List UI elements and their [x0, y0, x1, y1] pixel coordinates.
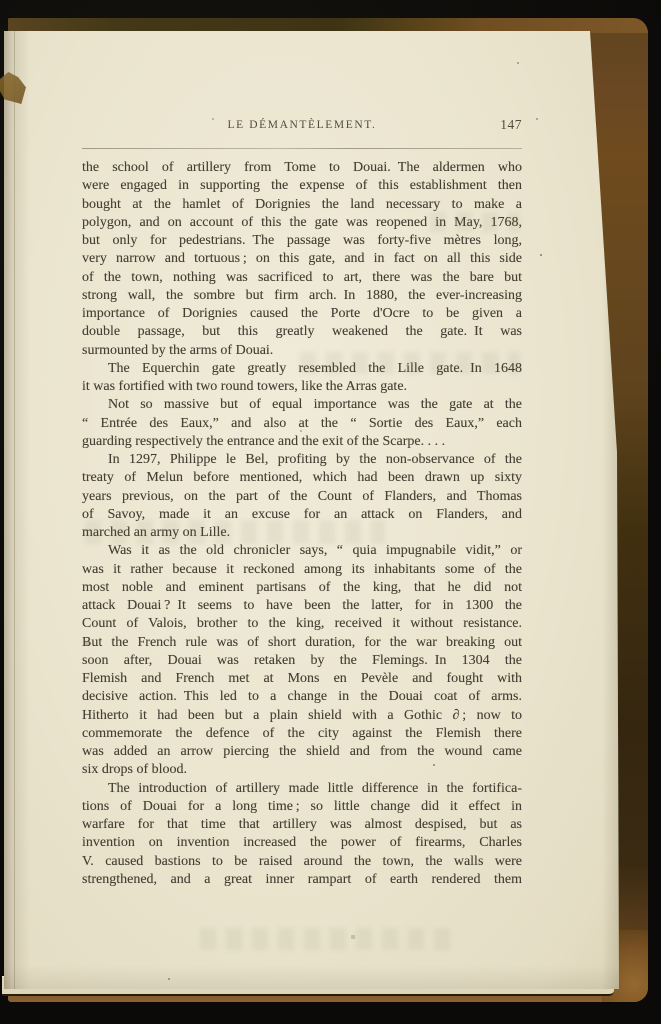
- text-line: But the French rule was of short duratio…: [82, 634, 522, 652]
- text-line: double passage, but this greatly weakene…: [82, 323, 522, 341]
- page-number: 147: [500, 117, 522, 133]
- text-line: strong wall, the sombre but firm arch. I…: [82, 287, 522, 305]
- text-line: of the town, nothing was sacrificed to a…: [82, 269, 522, 287]
- book-page: LE DÉMANTÈLEMENT. 147 the school of arti…: [4, 31, 620, 989]
- header-rule: [82, 148, 522, 149]
- dust-specks: [0, 0, 2, 2]
- text-line: strengthened, and a great inner rampart …: [82, 871, 522, 889]
- text-line: Was it as the old chronicler says, “ qui…: [82, 542, 522, 560]
- text-line: “ Entrée des Eaux,” and also at the “ So…: [82, 415, 522, 433]
- text-block: the school of artillery from Tome to Dou…: [82, 159, 522, 889]
- text-line: marched an army on Lille.: [82, 524, 522, 542]
- text-line: warfare for that time that artillery was…: [82, 816, 522, 834]
- text-line: were engaged in supporting the expense o…: [82, 177, 522, 195]
- text-line: importance of Dorignies caused the Porte…: [82, 305, 522, 323]
- page-header: LE DÉMANTÈLEMENT. 147: [82, 119, 522, 139]
- text-line: surmounted by the arms of Douai.: [82, 342, 522, 360]
- text-line: The introduction of artillery made littl…: [82, 780, 522, 798]
- text-line: was added an arrow piercing the shield a…: [82, 743, 522, 761]
- text-line: it was fortified with two round towers, …: [82, 378, 522, 396]
- text-line: of Savoy, made it an excuse for an attac…: [82, 506, 522, 524]
- text-line: years previous, on the part of the Count…: [82, 488, 522, 506]
- text-line: attack Douai ? It seems to have been the…: [82, 597, 522, 615]
- book-photo-background: { "page": { "header": { "title": "LE DÉM…: [0, 0, 661, 1024]
- gutter-crease: [14, 31, 15, 989]
- text-line: Hitherto it had been but a plain shield …: [82, 707, 522, 725]
- text-line: treaty of Melun before mentioned, which …: [82, 469, 522, 487]
- text-line: In 1297, Philippe le Bel, profiting by t…: [82, 451, 522, 469]
- text-line: decisive action. This led to a change in…: [82, 688, 522, 706]
- text-line: tions of Douai for a long time ; so litt…: [82, 798, 522, 816]
- text-line: V. caused bastions to be raised around t…: [82, 853, 522, 871]
- running-header-title: LE DÉMANTÈLEMENT.: [82, 119, 522, 131]
- text-line: very narrow and tortuous ; on this gate,…: [82, 250, 522, 268]
- text-line: Count of Valois, brother to the king, re…: [82, 615, 522, 633]
- text-line: Flemish and French met at Mons en Pevèle…: [82, 670, 522, 688]
- text-line: was it rather because it reckoned among …: [82, 561, 522, 579]
- text-line: polygon, and on account of this the gate…: [82, 214, 522, 232]
- text-line: the school of artillery from Tome to Dou…: [82, 159, 522, 177]
- text-line: but only for pedestrians. The passage wa…: [82, 232, 522, 250]
- show-through-smudge: [200, 928, 450, 950]
- text-line: most noble and eminent partisans of the …: [82, 579, 522, 597]
- text-line: soon after, Douai was retaken by the Fle…: [82, 652, 522, 670]
- text-line: Not so massive but of equal importance w…: [82, 396, 522, 414]
- text-line: The Equerchin gate greatly resembled the…: [82, 360, 522, 378]
- text-line: commemorate the defence of the city agai…: [82, 725, 522, 743]
- text-line: bought at the hamlet of Dorignies the la…: [82, 196, 522, 214]
- book-top-edge: [8, 18, 648, 33]
- text-line: guarding respectively the entrance and t…: [82, 433, 522, 451]
- text-line: six drops of blood.: [82, 761, 522, 779]
- text-line: invention on invention increased the pow…: [82, 834, 522, 852]
